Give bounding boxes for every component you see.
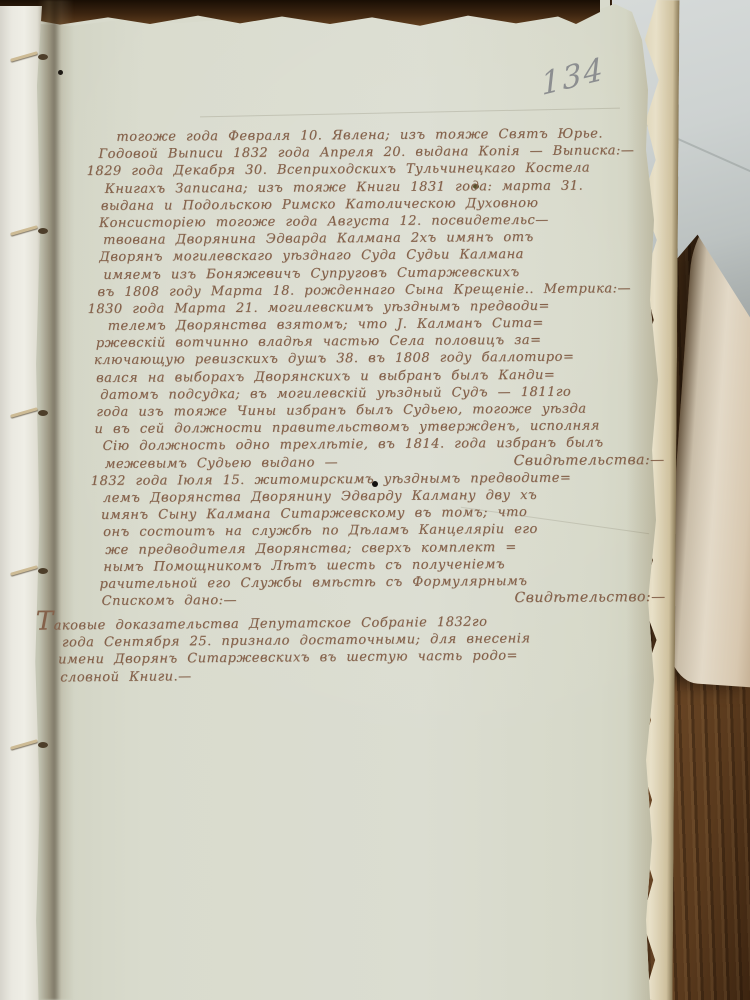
manuscript-line-text: Книгахъ Записана; изъ тояже Книги 1831 г…	[105, 178, 584, 196]
binding-stitch	[8, 406, 50, 420]
manuscript-line-text: выдана и Подольскою Римско Католическою …	[101, 196, 539, 214]
manuscript-line-text: Дворянъ могилевскаго уѣзднаго Суда Судьи…	[99, 247, 524, 265]
binding-stitch	[8, 50, 50, 64]
manuscript-line-text: года изъ тояже Чины избранъ былъ Судьею,…	[96, 402, 586, 420]
manuscript-line-text: твована Дворянина Эдварда Калмана 2хъ им…	[103, 230, 534, 248]
binding-gutter	[38, 0, 74, 1000]
manuscript-line-text: имяемъ изъ Боняжевичъ Супруговъ Ситаржев…	[103, 264, 519, 282]
manuscript-line-text: рачительной его Службы вмѣстѣ съ Формуля…	[99, 574, 527, 592]
binding-stitch	[8, 738, 50, 752]
manuscript-line-text: словной Книги.—	[60, 669, 192, 685]
facing-page-edge	[0, 6, 42, 1000]
binding-stitch	[8, 564, 50, 578]
manuscript-line-text: лемъ Дворянства Дворянину Эдварду Калман…	[103, 488, 537, 506]
thread-icon	[10, 407, 38, 418]
manuscript-line-text: же предводителя Дворянства; сверхъ компл…	[105, 540, 517, 558]
thread-icon	[10, 565, 38, 576]
manuscript-line-text: нымъ Помощникомъ Лѣтъ шесть съ полученіе…	[103, 557, 505, 575]
manuscript-line-text: ржевскій вотчинно владѣя частью Села пол…	[96, 333, 542, 351]
manuscript-line-text: ключающую ревизскихъ душъ 38. въ 1808 го…	[94, 350, 574, 368]
manuscript-line-text: имени Дворянъ Ситаржевскихъ въ шестую ча…	[58, 649, 518, 668]
thread-icon	[10, 739, 38, 750]
manuscript-line-text: датомъ подсудка; въ могилевскій уѣздный …	[100, 384, 571, 402]
manuscript-line-text: онъ состоитъ на службѣ по Дѣламъ Канцеля…	[103, 522, 538, 540]
stitch-hole	[38, 568, 48, 574]
stitch-hole	[38, 410, 48, 416]
stitch-hole	[38, 228, 48, 234]
manuscript-line-text: 1830 года Марта 21. могилевскимъ уѣздным…	[88, 299, 550, 317]
manuscript-line-text: тогоже года Февраля 10. Явлена; изъ тояж…	[116, 126, 603, 144]
stitch-hole	[38, 54, 48, 60]
manuscript-line-text: вался на выборахъ Дворянскихъ и выбранъ …	[96, 367, 555, 385]
manuscript-line-text: 1832 года Іюля 15. житомирскимъ уѣзднымъ…	[91, 470, 572, 488]
binding-stitch	[8, 224, 50, 238]
manuscript-text-block: тогоже года Февраля 10. Явлена; изъ тояж…	[86, 125, 665, 610]
manuscript-line-text: межевымъ Судьею выдано —	[105, 455, 339, 472]
thread-icon	[10, 51, 38, 62]
manuscript-line-text: телемъ Дворянства взятомъ; что Ј. Калман…	[108, 316, 544, 334]
archival-manuscript-photo: 134 тогоже года Февраля 10. Явлена; изъ …	[0, 0, 750, 1000]
manuscript-line-text: имянъ Сыну Калмана Ситаржевскому въ томъ…	[101, 505, 527, 523]
manuscript-line-text: Консисторіею тогоже года Августа 12. пос…	[99, 213, 549, 231]
conclusion-paragraph: Таковые доказательства Депутатское Собра…	[36, 611, 637, 687]
ink-blot	[58, 70, 63, 75]
marginal-keyword: Свидѣтельство:—	[514, 589, 665, 607]
thread-icon	[10, 225, 38, 236]
paper-crease	[200, 108, 620, 118]
manuscript-line-text: Спискомъ дано:—	[102, 593, 238, 609]
stitch-hole	[38, 742, 48, 748]
marginal-keyword: Свидѣтельства:—	[514, 452, 665, 470]
